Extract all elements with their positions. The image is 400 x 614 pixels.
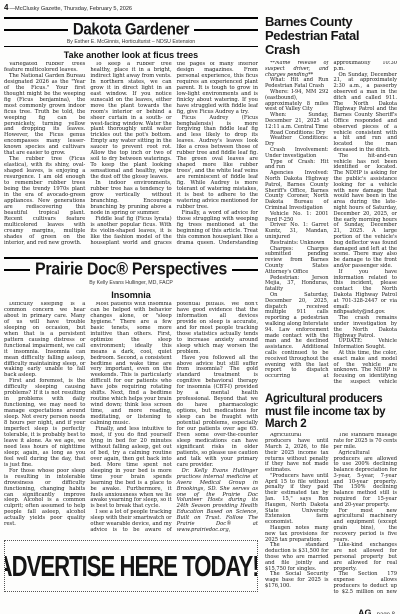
- section-titlebar: Dakota Gardener: [4, 21, 258, 38]
- top-rule: [4, 257, 258, 259]
- paragraph: Pedestrian: Jerson Mejia, 37, Honduras, …: [265, 276, 329, 293]
- article-body: Variegated rubber trees feature multicol…: [4, 62, 258, 251]
- paragraph: The Social Security wage base for 2025 i…: [265, 572, 329, 589]
- newspaper-page: 4 —McClusky Gazette, Thursday, February …: [0, 0, 400, 614]
- continuation-notice: AG page 8: [265, 601, 397, 614]
- paragraph: To keep a rubber tree healthy, place it …: [90, 62, 171, 181]
- folio: 4 —McClusky Gazette, Thursday, February …: [4, 3, 397, 14]
- paragraph: The rubber tree (Ficus elastica), with i…: [4, 157, 85, 246]
- paragraph: Like-kind exchanges are not allowed for …: [334, 543, 398, 572]
- top-rule: [4, 17, 258, 19]
- article-body: Agricultural producers have until March …: [265, 433, 397, 600]
- page-body: Dakota Gardener By Esther E. McGinnis, H…: [4, 14, 397, 614]
- article-ag-tax: Agricultural producers must file income …: [265, 393, 397, 614]
- right-section: Barnes County Pedestrian Fatal Crash **N…: [265, 14, 397, 614]
- advertise-text: ADVERTISE HERE TODAY!!: [4, 549, 258, 583]
- paragraph: If you have information related to this …: [334, 270, 398, 316]
- article-dakota-gardener: Dakota Gardener By Esther E. McGinnis, H…: [4, 17, 258, 251]
- byline: By Kelly Evans Hullinger, MD, FACP: [4, 280, 258, 286]
- article-barnes-crash: Barnes County Pedestrian Fatal Crash **N…: [265, 15, 397, 388]
- paragraph: Haugen notes many new tax provisions for…: [265, 526, 329, 543]
- paragraph: Agricultural producers have until March …: [265, 433, 329, 474]
- paragraph: The standard deduction is $31,500 for th…: [265, 543, 329, 572]
- paragraph: Agricultural producers are allowed to us…: [334, 451, 398, 509]
- section-titlebar: Prairie Doc® Perspectives: [4, 261, 258, 279]
- article-headline: Barnes County Pedestrian Fatal Crash: [265, 15, 397, 57]
- byline: By Esther E. McGinnis, Horticulturist – …: [4, 39, 258, 45]
- paragraph: The National Garden Bureau designated 20…: [4, 74, 85, 157]
- section-title: Prairie Doc® Perspectives: [35, 260, 227, 280]
- page-number: 4: [4, 3, 8, 12]
- prairie-doc-header: Prairie Doc® Perspectives By Kelly Evans…: [4, 257, 258, 287]
- paragraph: Where: I-94, MM 292 (eastbound), approxi…: [265, 90, 329, 113]
- paragraph: Difficulty sleeping is a common concern …: [4, 302, 85, 379]
- paragraph: Agencies Involved: North Dakota Highway …: [265, 171, 329, 212]
- paragraph: Driver No. 1: Garret Kuntz, 31, Mandan, …: [265, 223, 329, 240]
- article-headline: Take another look at ficus trees: [4, 50, 258, 60]
- paragraph: The hit-and-run vehicle has not been ide…: [334, 154, 398, 270]
- paragraph: Crash Involvement: Under investigation: [265, 148, 329, 160]
- article-body: Difficulty sleeping is a common concern …: [4, 302, 258, 536]
- masthead-dateline: —McClusky Gazette, Thursday, February 5,…: [9, 6, 132, 12]
- paragraph: Most patients with insomnia can be helpe…: [90, 302, 171, 427]
- dakota-gardener-header: Dakota Gardener By Esther E. McGinnis, H…: [4, 17, 258, 47]
- continuation-tag: AG: [358, 608, 372, 614]
- paragraph: The crash remains under investigation by…: [334, 316, 398, 339]
- paragraph: Charges: Charges submitted pending revie…: [265, 247, 329, 276]
- article-headline: Agricultural producers must file income …: [265, 393, 397, 430]
- paragraph: Have you followed all the above advice b…: [177, 356, 258, 469]
- section-title: Dakota Gardener: [73, 20, 189, 39]
- paragraph: On Sunday, December 21, at approximately…: [334, 73, 398, 154]
- paragraph: For most new agricultural machinery and …: [334, 509, 398, 544]
- paragraph: **Name release of suspect driver, and ch…: [265, 61, 329, 78]
- article-body: **Name release of suspect driver, and ch…: [265, 61, 397, 388]
- article-headline: Insomnia: [4, 290, 258, 300]
- paragraph: In indoor environments, rubber tree has …: [90, 181, 171, 217]
- paragraph: When: Sunday, December 21, 2025 at 12:11…: [265, 113, 329, 130]
- paragraph: The standard mileage rate for 2025 is 70…: [334, 433, 398, 450]
- article-prairie-doc: Prairie Doc® Perspectives By Kelly Evans…: [4, 257, 258, 536]
- paragraph: For those whose poor sleep is resulting …: [4, 469, 85, 529]
- paragraph: Ficus Audrey (Ficus benghalensis) is mor…: [177, 116, 258, 211]
- paragraph: Finally, and less intuitive to most, if …: [90, 427, 171, 510]
- left-section: Dakota Gardener By Esther E. McGinnis, H…: [4, 14, 258, 614]
- paragraph: First and foremost, is the difficulty sl…: [4, 379, 85, 468]
- advertise-box: ADVERTISE HERE TODAY!!: [4, 540, 258, 592]
- paragraph: "Producers have until April 15 to file w…: [265, 474, 329, 526]
